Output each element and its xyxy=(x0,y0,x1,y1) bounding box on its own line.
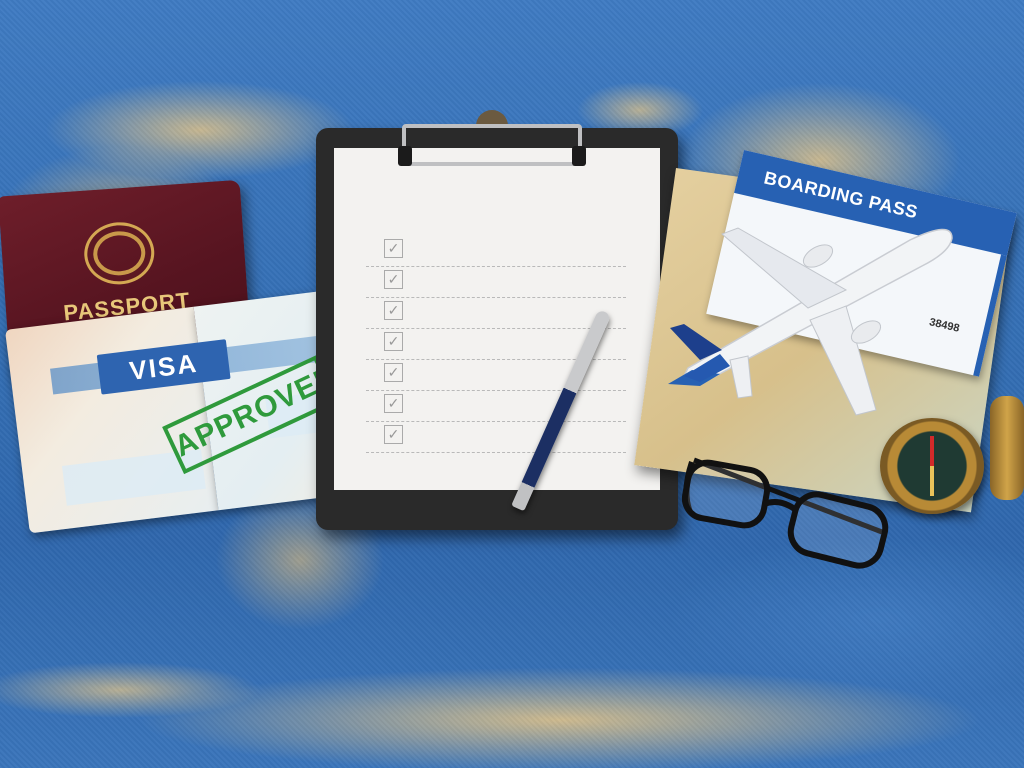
checkbox-checked-icon: ✓ xyxy=(384,332,403,351)
compass xyxy=(880,418,984,514)
clipboard-clip xyxy=(402,124,582,166)
checklist-item: ✓ xyxy=(366,391,626,422)
checklist-paper: ✓✓✓✓✓✓✓ xyxy=(334,148,660,490)
checkbox-checked-icon: ✓ xyxy=(384,363,403,382)
checklist-item: ✓ xyxy=(366,236,626,267)
checklist-item: ✓ xyxy=(366,422,626,453)
eyeglasses-icon xyxy=(672,452,902,570)
clipboard: ✓✓✓✓✓✓✓ xyxy=(316,128,678,530)
toy-airplane-icon xyxy=(660,210,960,420)
checklist-item: ✓ xyxy=(366,267,626,298)
compass-needle-icon xyxy=(930,436,934,496)
checkbox-checked-icon: ✓ xyxy=(384,425,403,444)
checkbox-checked-icon: ✓ xyxy=(384,301,403,320)
checkbox-checked-icon: ✓ xyxy=(384,394,403,413)
compass-lid xyxy=(990,396,1024,500)
checkbox-checked-icon: ✓ xyxy=(384,239,403,258)
laurel-crest-icon xyxy=(82,220,156,287)
checkbox-checked-icon: ✓ xyxy=(384,270,403,289)
checklist-item: ✓ xyxy=(366,298,626,329)
